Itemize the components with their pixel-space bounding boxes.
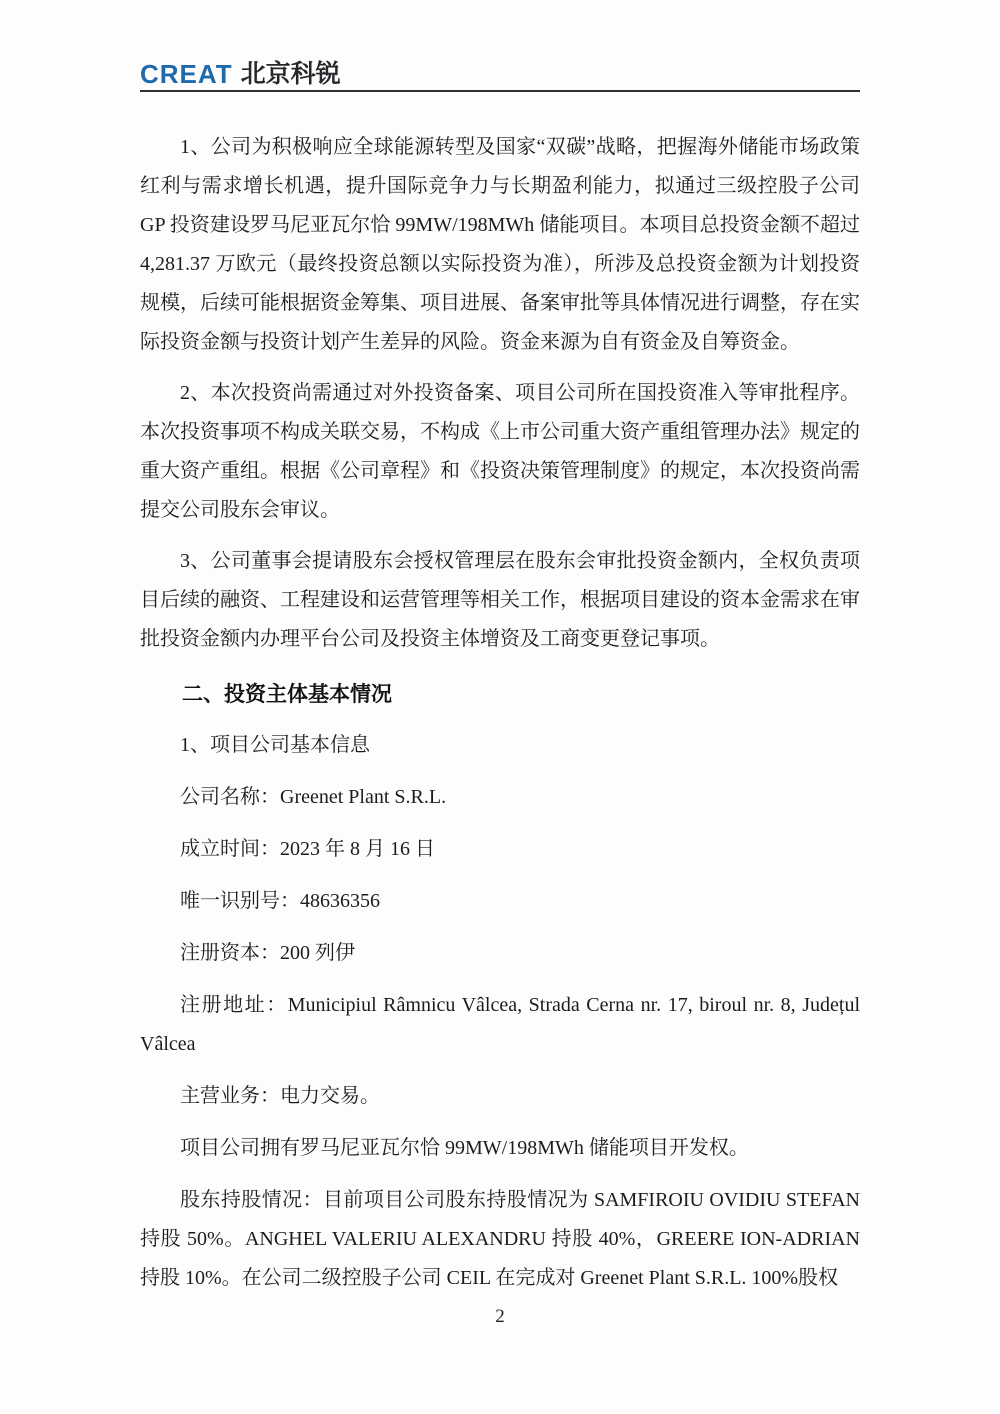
- document-page: CREAT 北京科锐 1、公司为积极响应全球能源转型及国家“双碳”战略，把握海外…: [0, 0, 1000, 1414]
- document-body: 1、公司为积极响应全球能源转型及国家“双碳”战略，把握海外储能市场政策红利与需求…: [140, 128, 860, 1298]
- section-heading: 二、投资主体基本情况: [140, 675, 860, 714]
- field-founded-date: 成立时间：2023 年 8 月 16 日: [140, 830, 860, 869]
- field-main-business: 主营业务：电力交易。: [140, 1077, 860, 1116]
- doc-header: CREAT 北京科锐: [140, 62, 860, 92]
- field-project-rights: 项目公司拥有罗马尼亚瓦尔恰 99MW/198MWh 储能项目开发权。: [140, 1129, 860, 1168]
- field-company-name: 公司名称：Greenet Plant S.R.L.: [140, 778, 860, 817]
- page-footer: 2: [0, 1306, 1000, 1328]
- field-shareholding: 股东持股情况：目前项目公司股东持股情况为 SAMFIROIU OVIDIU ST…: [140, 1181, 860, 1298]
- paragraph-2: 2、本次投资尚需通过对外投资备案、项目公司所在国投资准入等审批程序。本次投资事项…: [140, 374, 860, 530]
- company-logo-latin: CREAT: [140, 62, 233, 86]
- paragraph-3: 3、公司董事会提请股东会授权管理层在股东会审批投资金额内，全权负责项目后续的融资…: [140, 542, 860, 659]
- subsection-title: 1、项目公司基本信息: [140, 726, 860, 765]
- field-registered-capital: 注册资本：200 列伊: [140, 934, 860, 973]
- company-logo-cjk: 北京科锐: [241, 62, 341, 86]
- paragraph-1: 1、公司为积极响应全球能源转型及国家“双碳”战略，把握海外储能市场政策红利与需求…: [140, 128, 860, 362]
- page-number: 2: [495, 1306, 505, 1327]
- field-unique-id: 唯一识别号：48636356: [140, 882, 860, 921]
- field-registered-address: 注册地址：Municipiul Râmnicu Vâlcea, Strada C…: [140, 986, 860, 1064]
